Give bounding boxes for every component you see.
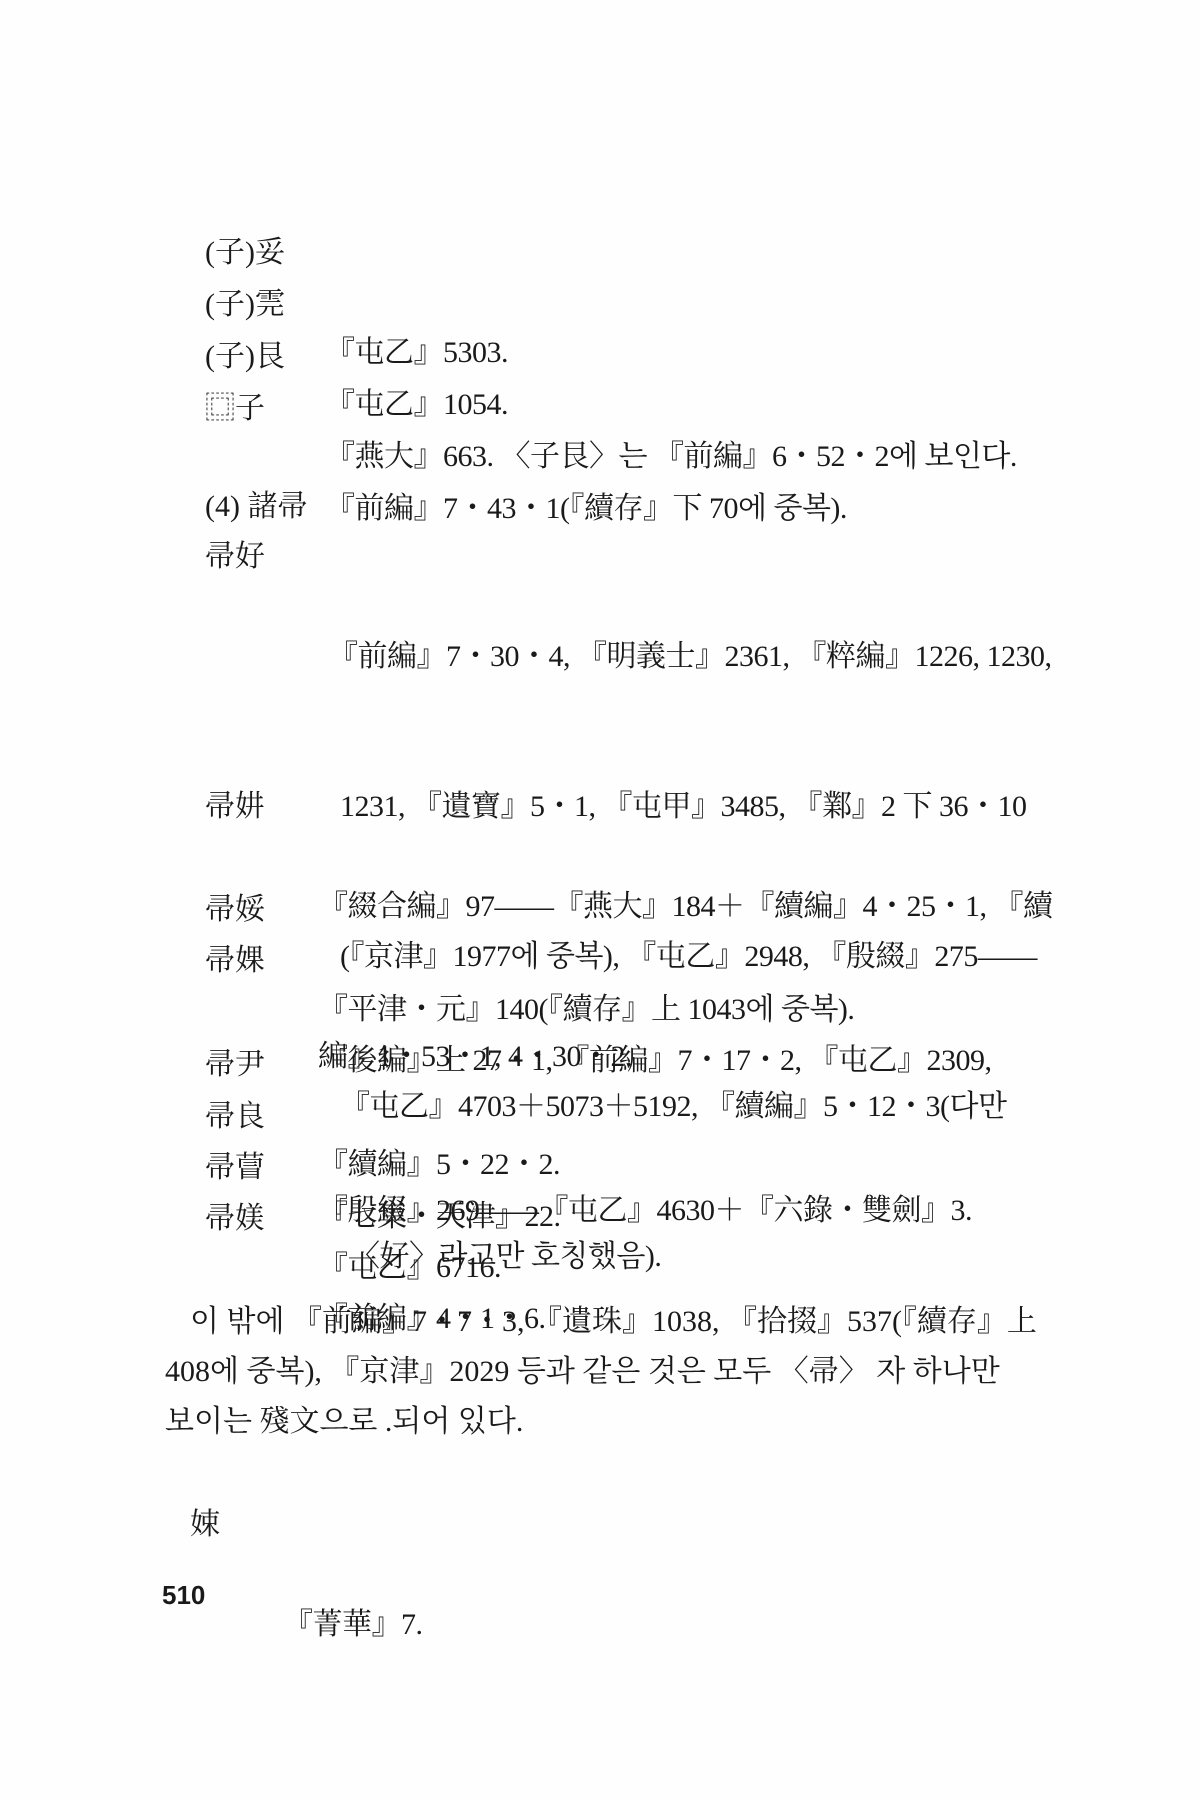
paragraph-line: 이 밖에 『前編』7・7・3, 『遺珠』1038, 『拾掇』537(『續存』上 [165,1297,1025,1347]
entry-term: 帚萺 [205,1143,265,1193]
entry-term: 娕 [190,1500,220,1550]
reference-line: 『菁華』7. [283,1600,973,1650]
entry-term: 帚好 [205,532,265,582]
entry-term: 帚妌 [205,782,265,832]
entry-term: 帚婐 [205,936,265,986]
paragraph-line: 보이는 殘文으로 .되어 있다. [165,1397,1025,1447]
document-page: (子)妥 『屯乙』5303. (子)䨌 『屯乙』1054. (子)⾉ 『燕大』6… [0,0,1200,1800]
entry-term: ⿴子 [205,384,265,434]
body-paragraph: 이 밖에 『前編』7・7・3, 『遺珠』1038, 『拾掇』537(『續存』上 … [165,1297,1025,1447]
entry-term: (子)⾉ [205,332,285,382]
reference-line: 『前編』7・43・1(『續存』下 70에 중복). [325,484,1015,534]
entry-term: (子)䨌 [205,280,285,330]
reference-line: 『前編』7・30・4, 『明義士』2361, 『粹編』1226, 1230, [328,632,1018,682]
paragraph-line: 408에 중복), 『京津』2029 등과 같은 것은 모두 〈帚〉 자 하나만 [165,1347,1025,1397]
entry-term: 帚尹 [205,1040,265,1090]
entry-term: 帚良 [205,1092,265,1142]
section-heading: (4) 諸帚 [205,482,307,532]
entry-term: 帚娞 [205,885,265,935]
entry-term: (子)妥 [205,228,285,278]
entry-reference: 『菁華』7. [283,1500,973,1750]
page-number: 510 [162,1580,205,1610]
entry-term: 帚媄 [205,1194,265,1244]
